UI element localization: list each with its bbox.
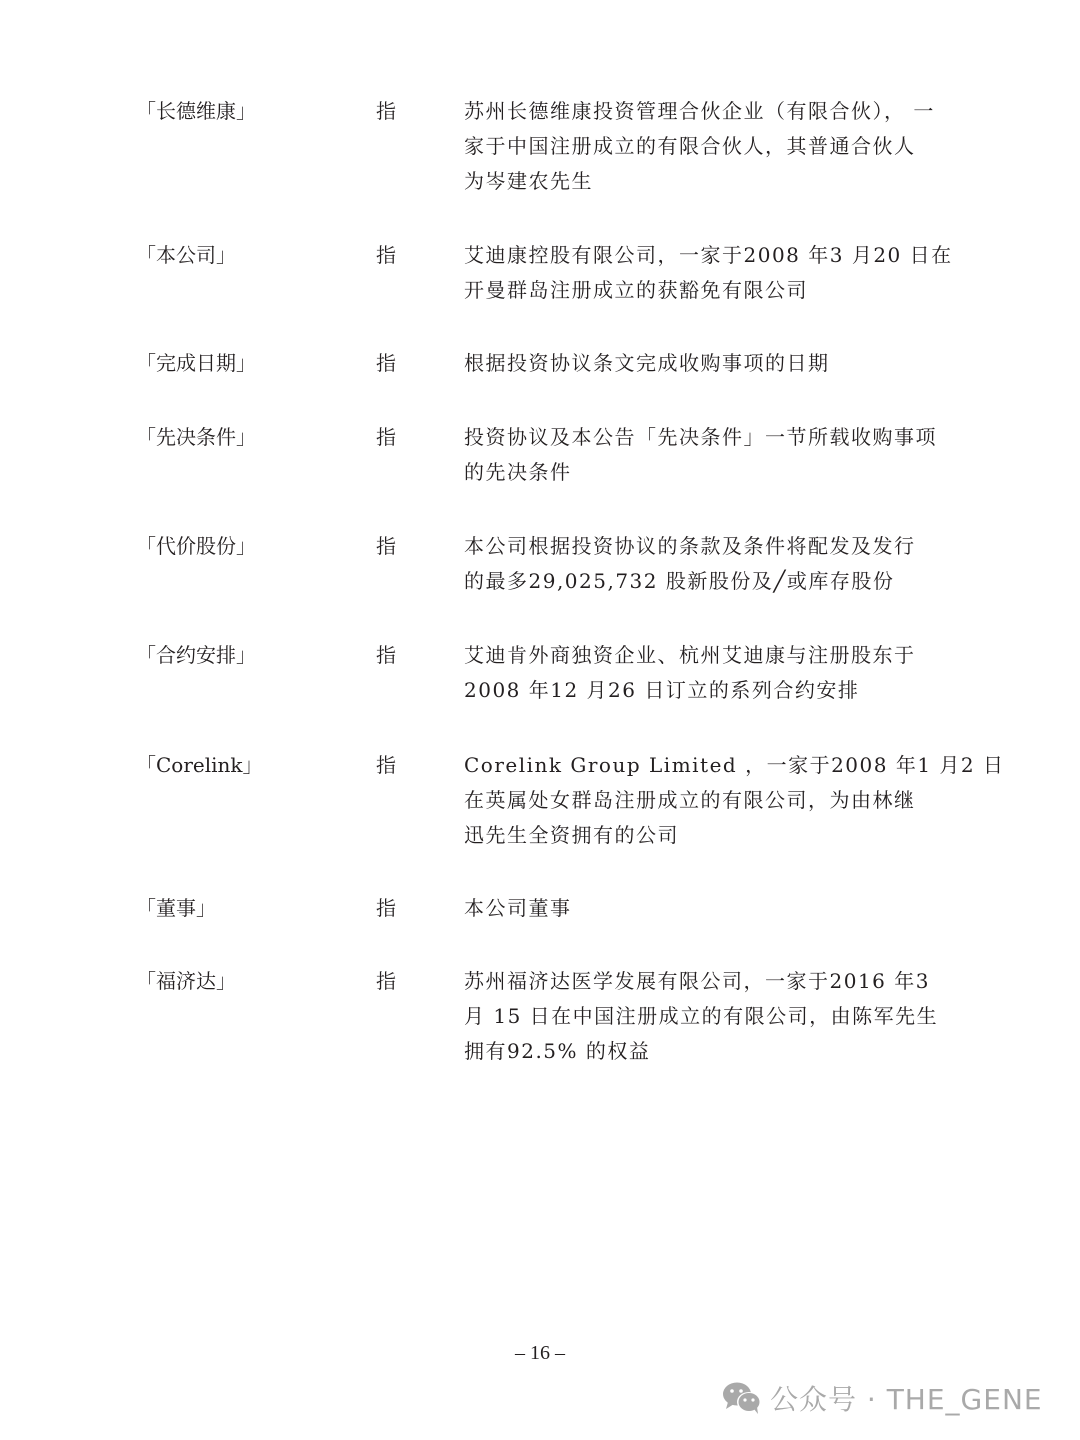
definition-line: 迅先生全资拥有的公司	[464, 818, 952, 853]
defined-term: 「董事」	[136, 891, 216, 925]
defined-term: 「先决条件」	[136, 420, 256, 454]
definition-line: 的先决条件	[464, 455, 952, 490]
means-label: 指	[376, 891, 396, 925]
wechat-icon	[722, 1381, 762, 1415]
definition-line: 家于中国注册成立的有限合伙人，其普通合伙人	[464, 129, 952, 164]
definition-text: 苏州福济达医学发展有限公司，一家于2016 年3 月 15 日在中国注册成立的有…	[464, 964, 952, 1069]
definition-line: 艾迪肯外商独资企业、杭州艾迪康与注册股东于	[464, 638, 952, 673]
definition-line: 苏州长德维康投资管理合伙企业（有限合伙）， 一	[464, 94, 952, 129]
definition-text: 根据投资协议条文完成收购事项的日期	[464, 346, 952, 381]
means-label: 指	[376, 529, 396, 563]
definition-line: 苏州福济达医学发展有限公司，一家于2016 年3	[464, 964, 952, 999]
defined-term: 「福济达」	[136, 964, 236, 998]
definition-line: 拥有92.5% 的权益	[464, 1034, 952, 1069]
means-label: 指	[376, 748, 396, 782]
watermark-text: 公众号 · THE_GENE	[770, 1378, 1043, 1418]
definition-text: 本公司董事	[464, 891, 952, 926]
definition-text: 本公司根据投资协议的条款及条件将配发及发行 的最多29,025,732 股新股份…	[464, 529, 952, 599]
definition-line: 的最多29,025,732 股新股份及╱或库存股份	[464, 564, 952, 599]
means-label: 指	[376, 94, 396, 128]
defined-term: 「Corelink」	[136, 748, 263, 782]
definition-line: 本公司根据投资协议的条款及条件将配发及发行	[464, 529, 952, 564]
means-label: 指	[376, 964, 396, 998]
means-label: 指	[376, 238, 396, 272]
means-label: 指	[376, 638, 396, 672]
means-label: 指	[376, 346, 396, 380]
definition-line: 投资协议及本公告「先决条件」一节所载收购事项	[464, 420, 952, 455]
definition-line: 根据投资协议条文完成收购事项的日期	[464, 346, 952, 381]
defined-term: 「长德维康」	[136, 94, 256, 128]
defined-term: 「完成日期」	[136, 346, 256, 380]
definition-text: 艾迪肯外商独资企业、杭州艾迪康与注册股东于 2008 年12 月26 日订立的系…	[464, 638, 952, 708]
definition-text: 艾迪康控股有限公司，一家于2008 年3 月20 日在 开曼群岛注册成立的获豁免…	[464, 238, 952, 308]
definition-line: 2008 年12 月26 日订立的系列合约安排	[464, 673, 952, 708]
definition-line: 在英属处女群岛注册成立的有限公司，为由林继	[464, 783, 952, 818]
definition-line: 为岑建农先生	[464, 164, 952, 199]
definition-text: 投资协议及本公告「先决条件」一节所载收购事项 的先决条件	[464, 420, 952, 490]
definition-text: Corelink Group Limited ，一家于2008 年1 月2 日 …	[464, 748, 952, 853]
defined-term: 「本公司」	[136, 238, 236, 272]
definition-line: 开曼群岛注册成立的获豁免有限公司	[464, 273, 952, 308]
definition-line: Corelink Group Limited ，一家于2008 年1 月2 日	[464, 748, 952, 783]
definition-line: 月 15 日在中国注册成立的有限公司，由陈军先生	[464, 999, 952, 1034]
defined-term: 「合约安排」	[136, 638, 256, 672]
means-label: 指	[376, 420, 396, 454]
defined-term: 「代价股份」	[136, 529, 256, 563]
definition-line: 本公司董事	[464, 891, 952, 926]
page-number: – 16 –	[0, 1342, 1080, 1365]
definition-text: 苏州长德维康投资管理合伙企业（有限合伙）， 一 家于中国注册成立的有限合伙人，其…	[464, 94, 952, 199]
watermark: 公众号 · THE_GENE	[722, 1376, 1043, 1420]
definition-line: 艾迪康控股有限公司，一家于2008 年3 月20 日在	[464, 238, 952, 273]
